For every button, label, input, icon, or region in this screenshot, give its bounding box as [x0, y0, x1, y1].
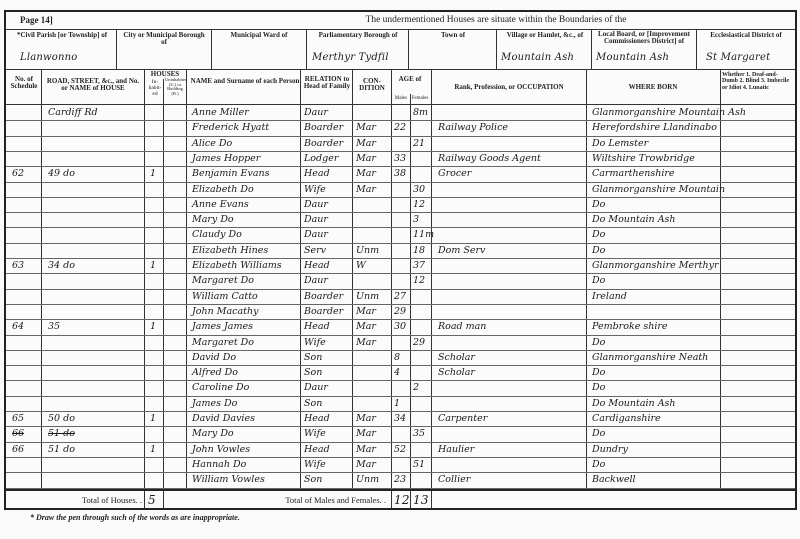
cell-name: Margaret Do [192, 337, 254, 348]
cell-condition: Mar [356, 306, 376, 317]
cell-schedule: 65 [12, 413, 24, 424]
cell-name: Alice Do [192, 138, 232, 149]
cell-where-born: Do [592, 199, 605, 210]
col-road: ROAD, STREET, &c., and No. or NAME of HO… [44, 78, 142, 93]
cell-name: David Do [192, 352, 236, 363]
cell-road: 35 [48, 321, 60, 332]
cell-occupation: Collier [438, 474, 470, 485]
cell-condition: Mar [356, 122, 376, 133]
cell-where-born: Wiltshire Trowbridge [592, 153, 695, 164]
cell-condition: Mar [356, 321, 376, 332]
cell-name: Elizabeth Williams [192, 260, 282, 271]
cell-female-age: 11m [413, 229, 434, 240]
cell-name: Benjamin Evans [192, 168, 269, 179]
census-sheet: Page 14] The undermentioned Houses are s… [4, 10, 797, 510]
cell-male-age: 23 [394, 474, 406, 485]
parliamentary-borough-value: Merthyr Tydfil [312, 52, 389, 63]
cell-occupation: Scholar [438, 352, 475, 363]
cell-condition: Unm [356, 291, 379, 302]
cell-relation: Lodger [304, 153, 338, 164]
col-females: Females [410, 96, 430, 101]
cell-relation: Boarder [304, 138, 343, 149]
cell-occupation: Road man [438, 321, 486, 332]
cell-relation: Daur [304, 275, 328, 286]
cell-name: James James [192, 321, 253, 332]
cell-relation: Daur [304, 382, 328, 393]
cell-condition: Mar [356, 428, 376, 439]
town-label: Town of [411, 32, 495, 39]
cell-name: William Vowles [192, 474, 265, 485]
cell-where-born: Do [592, 459, 605, 470]
cell-name: Mary Do [192, 428, 234, 439]
cell-relation: Serv [304, 245, 326, 256]
village-label: Village or Hamlet, &c., of [500, 32, 590, 39]
cell-name: William Catto [192, 291, 258, 302]
cell-relation: Wife [304, 184, 326, 195]
cell-relation: Daur [304, 229, 328, 240]
cell-condition: Mar [356, 168, 376, 179]
cell-male-age: 4 [394, 367, 400, 378]
page-heading: The undermentioned Houses are situate wi… [256, 16, 736, 26]
col-infirmity: Whether 1. Deaf-and-Dumb 2. Blind 3. Imb… [722, 72, 792, 91]
cell-occupation: Railway Goods Agent [438, 153, 541, 164]
cell-name: Anne Miller [192, 107, 249, 118]
cell-where-born: Glanmorganshire Merthyr [592, 260, 719, 271]
page-number: Page 14] [20, 16, 53, 25]
total-males-value: 12 [394, 493, 410, 507]
cell-occupation: Dom Serv [438, 245, 485, 256]
cell-road: Cardiff Rd [48, 107, 98, 118]
cell-female-age: 51 [413, 459, 425, 470]
cell-relation: Son [304, 367, 322, 378]
cell-male-age: 22 [394, 122, 406, 133]
total-houses-value: 5 [148, 493, 156, 507]
cell-where-born: Do [592, 229, 605, 240]
cell-where-born: Do [592, 245, 605, 256]
cell-where-born: Glanmorganshire Neath [592, 352, 708, 363]
col-occupation: Rank, Profession, or OCCUPATION [434, 84, 584, 91]
cell-female-age: 37 [413, 260, 425, 271]
cell-road: 50 do [48, 413, 75, 424]
col-males: Males [392, 96, 410, 101]
cell-where-born: Do [592, 382, 605, 393]
cell-male-age: 33 [394, 153, 406, 164]
cell-inhabited: 1 [150, 413, 156, 424]
cell-name: John Macathy [192, 306, 258, 317]
cell-name: Caroline Do [192, 382, 249, 393]
cell-relation: Son [304, 352, 322, 363]
cell-relation: Son [304, 398, 322, 409]
cell-relation: Boarder [304, 122, 343, 133]
cell-relation: Head [304, 260, 330, 271]
col-condition: CON-DITION [354, 78, 390, 93]
cell-relation: Head [304, 168, 330, 179]
cell-relation: Wife [304, 428, 326, 439]
cell-name: Elizabeth Do [192, 184, 254, 195]
col-relation: RELATION to Head of Family [302, 76, 352, 91]
ecclesiastical-value: St Margaret [706, 52, 770, 63]
cell-condition: Mar [356, 184, 376, 195]
cell-where-born: Do Mountain Ash [592, 398, 676, 409]
col-schedule: No. of Schedule [8, 76, 40, 91]
cell-where-born: Do [592, 367, 605, 378]
cell-name: Mary Do [192, 214, 234, 225]
cell-relation: Daur [304, 199, 328, 210]
cell-condition: W [356, 260, 366, 271]
cell-condition: Mar [356, 138, 376, 149]
ecclesiastical-label: Ecclesiastical District of [699, 32, 793, 39]
cell-condition: Mar [356, 413, 376, 424]
cell-relation: Head [304, 321, 330, 332]
cell-relation: Wife [304, 459, 326, 470]
cell-occupation: Railway Police [438, 122, 508, 133]
civil-parish-label: *Civil Parish [or Township] of [10, 32, 114, 39]
cell-name: John Vowles [192, 444, 250, 455]
cell-where-born: Do Lemster [592, 138, 648, 149]
col-where-born: WHERE BORN [588, 84, 718, 91]
cell-where-born: Do [592, 337, 605, 348]
cell-where-born: Do [592, 428, 605, 439]
footnote: * Draw the pen through such of the words… [30, 513, 240, 522]
local-board-value: Mountain Ash [596, 52, 669, 63]
cell-where-born: Pembroke shire [592, 321, 668, 332]
cell-male-age: 52 [394, 444, 406, 455]
cell-schedule: 64 [12, 321, 24, 332]
cell-road: 51 do [48, 428, 75, 439]
cell-name: Frederick Hyatt [192, 122, 269, 133]
cell-road: 51 do [48, 444, 75, 455]
total-houses-label: Total of Houses. . [56, 496, 142, 505]
city-borough-label: City or Municipal Borough of [121, 32, 207, 47]
cell-relation: Son [304, 474, 322, 485]
cell-where-born: Dundry [592, 444, 628, 455]
cell-female-age: 35 [413, 428, 425, 439]
cell-female-age: 29 [413, 337, 425, 348]
cell-name: Hannah Do [192, 459, 246, 470]
cell-inhabited: 1 [150, 321, 156, 332]
cell-male-age: 38 [394, 168, 406, 179]
cell-occupation: Grocer [438, 168, 471, 179]
cell-name: David Davies [192, 413, 255, 424]
cell-male-age: 29 [394, 306, 406, 317]
cell-male-age: 30 [394, 321, 406, 332]
cell-road: 34 do [48, 260, 75, 271]
municipal-ward-label: Municipal Ward of [216, 32, 302, 39]
cell-inhabited: 1 [150, 444, 156, 455]
cell-relation: Wife [304, 337, 326, 348]
cell-road: 49 do [48, 168, 75, 179]
cell-male-age: 8 [394, 352, 400, 363]
cell-where-born: Do [592, 275, 605, 286]
cell-occupation: Carpenter [438, 413, 487, 424]
cell-condition: Mar [356, 459, 376, 470]
cell-condition: Unm [356, 245, 379, 256]
cell-inhabited: 1 [150, 260, 156, 271]
cell-occupation: Haulier [438, 444, 474, 455]
cell-schedule: 66 [12, 444, 24, 455]
cell-name: James Do [192, 398, 237, 409]
cell-name: Alfred Do [192, 367, 238, 378]
col-age: AGE of [392, 76, 428, 83]
cell-name: Anne Evans [192, 199, 249, 210]
total-persons-label: Total of Males and Females. . [246, 496, 386, 505]
cell-where-born: Glanmorganshire Mountain Ash [592, 107, 746, 118]
parliamentary-borough-label: Parliamentary Borough of [311, 32, 405, 39]
cell-condition: Mar [356, 153, 376, 164]
cell-male-age: 34 [394, 413, 406, 424]
cell-relation: Daur [304, 107, 328, 118]
cell-where-born: Backwell [592, 474, 636, 485]
cell-female-age: 12 [413, 199, 425, 210]
cell-inhabited: 1 [150, 168, 156, 179]
cell-female-age: 18 [413, 245, 425, 256]
cell-condition: Unm [356, 474, 379, 485]
cell-condition: Mar [356, 337, 376, 348]
village-value: Mountain Ash [501, 52, 574, 63]
cell-female-age: 30 [413, 184, 425, 195]
cell-where-born: Do Mountain Ash [592, 214, 676, 225]
cell-schedule: 62 [12, 168, 24, 179]
cell-name: Elizabeth Hines [192, 245, 268, 256]
cell-relation: Daur [304, 214, 328, 225]
local-board-label: Local Board, or [Improvement Commissione… [594, 31, 694, 46]
total-females-value: 13 [413, 493, 429, 507]
cell-where-born: Glanmorganshire Mountain [592, 184, 725, 195]
cell-female-age: 3 [413, 214, 419, 225]
cell-female-age: 21 [413, 138, 425, 149]
cell-female-age: 8m [413, 107, 428, 118]
col-name: NAME and Surname of each Person [190, 78, 300, 85]
cell-female-age: 2 [413, 382, 419, 393]
cell-name: James Hopper [192, 153, 260, 164]
cell-where-born: Cardiganshire [592, 413, 661, 424]
cell-schedule: 66 [12, 428, 24, 439]
civil-parish-value: Llanwonno [20, 52, 78, 63]
cell-occupation: Scholar [438, 367, 475, 378]
cell-relation: Head [304, 413, 330, 424]
cell-female-age: 12 [413, 275, 425, 286]
cell-condition: Mar [356, 444, 376, 455]
cell-male-age: 27 [394, 291, 406, 302]
cell-where-born: Ireland [592, 291, 627, 302]
cell-name: Claudy Do [192, 229, 242, 240]
col-inhabited: In-habit-ed [146, 80, 164, 97]
cell-relation: Head [304, 444, 330, 455]
cell-relation: Boarder [304, 291, 343, 302]
cell-name: Margaret Do [192, 275, 254, 286]
cell-schedule: 63 [12, 260, 24, 271]
cell-relation: Boarder [304, 306, 343, 317]
col-uninhabited: Uninhabited (U.) or Building (B.) [165, 78, 185, 97]
cell-where-born: Herefordshire Llandinabo [592, 122, 717, 133]
cell-where-born: Carmarthenshire [592, 168, 675, 179]
cell-male-age: 1 [394, 398, 400, 409]
